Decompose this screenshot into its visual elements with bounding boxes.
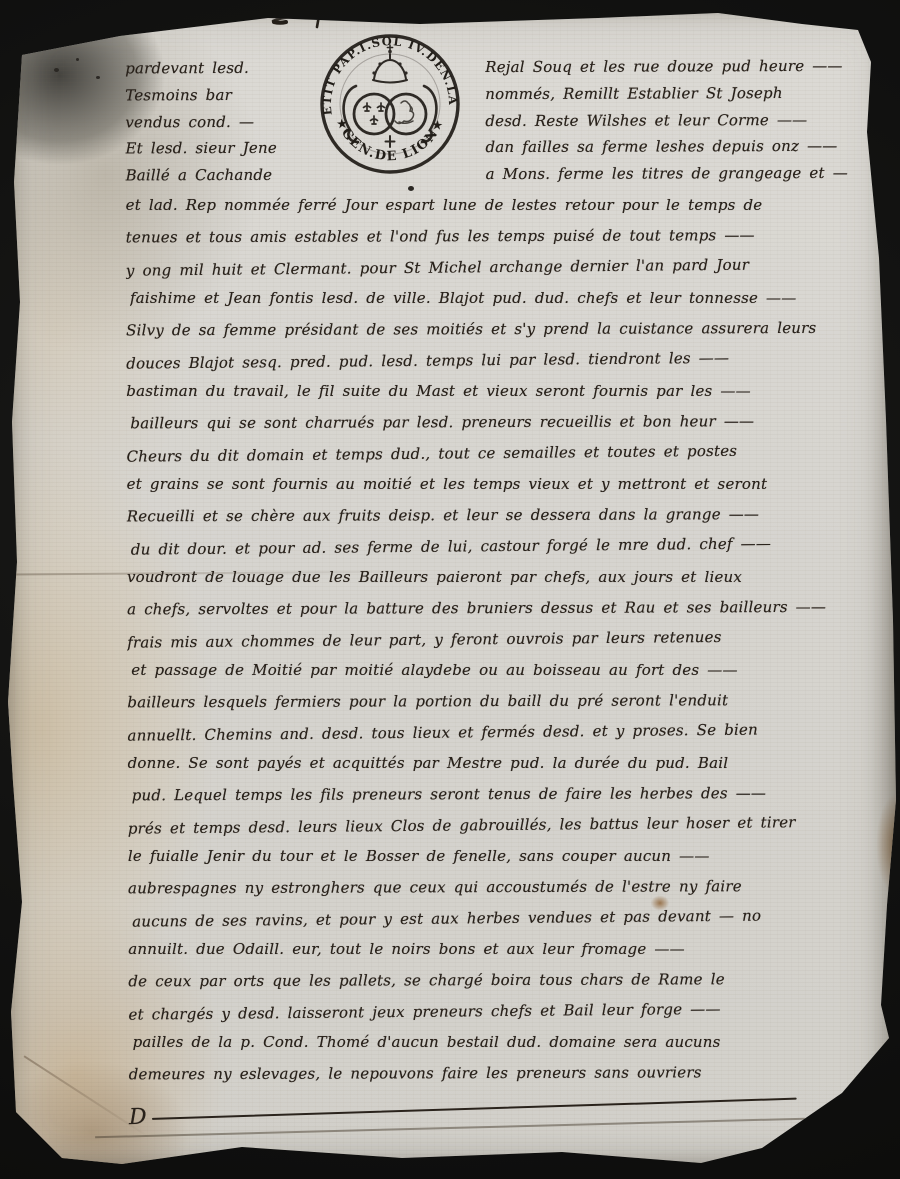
photo-background: + <box>0 0 900 1179</box>
line-left-fragment: Baillé a Cachande <box>126 162 302 189</box>
manuscript-line: Tesmoins bar nommés, Remillt Establier S… <box>125 79 877 108</box>
ink-speck <box>96 76 100 79</box>
manuscript-line: pud. Lequel temps les fils preneurs sero… <box>132 778 880 812</box>
paper-edge-shadow <box>880 28 900 168</box>
manuscript-line: Cheurs du dit domain et temps dud., tout… <box>126 434 878 472</box>
manuscript-line: le fuialle Jenir du tour et le Bosser de… <box>128 841 880 872</box>
body-lines: et lad. Rep nommée ferré Jour espart lun… <box>126 189 881 1091</box>
manuscript-line: Recueilli et se chère aux fruits deisp. … <box>127 499 879 533</box>
manuscript-line: pailles de la p. Cond. Thomé d'aucun bes… <box>133 1027 881 1058</box>
manuscript-line: Et lesd. sieur Jene dan failles sa ferme… <box>125 133 877 162</box>
manuscript-line: prés et temps desd. leurs lieux Clos de … <box>128 806 880 844</box>
manuscript-line: Silvy de sa femme présidant de ses moiti… <box>126 313 878 347</box>
ink-speck <box>54 68 59 72</box>
manuscript-line: vendus cond. — desd. Reste Wilshes et le… <box>125 106 877 135</box>
flourish-rule <box>152 1098 797 1120</box>
paper-sheet: + <box>0 0 900 1179</box>
manuscript-line: et chargés y desd. laisseront jeux prene… <box>128 992 880 1030</box>
manuscript-line: aucuns de ses ravins, et pour y est aux … <box>132 899 880 937</box>
line-right-fragment: a Mons. ferme les titres de grangeage et… <box>486 160 878 188</box>
opening-lines: pardevant lesd. Rejal Souq et les rue do… <box>125 53 877 190</box>
manuscript-line: annuilt. due Odaill. eur, tout le noirs … <box>128 934 880 965</box>
manuscript-line: Baillé a Cachande a Mons. ferme les titr… <box>126 160 878 189</box>
manuscript-text: pardevant lesd. Rejal Souq et les rue do… <box>125 53 881 1127</box>
line-left-fragment: vendus cond. — <box>125 108 301 135</box>
manuscript-line: a chefs, servoltes et pour la batture de… <box>127 592 879 626</box>
manuscript-line: donne. Se sont payés et acquittés par Me… <box>128 748 880 779</box>
manuscript-line: pardevant lesd. Rejal Souq et les rue do… <box>125 53 877 82</box>
line-left-fragment: Et lesd. sieur Jene <box>125 135 301 162</box>
manuscript-line: faishime et Jean fontis lesd. de ville. … <box>130 283 878 314</box>
manuscript-line: bailleurs lesquels fermiers pour la port… <box>127 685 879 719</box>
manuscript-line: et lad. Rep nommée ferré Jour espart lun… <box>126 190 878 221</box>
manuscript-line: y ong mil huit et Clermant. pour St Mich… <box>126 248 878 286</box>
line-left-fragment: pardevant lesd. <box>125 55 301 82</box>
manuscript-line: aubrespagnes ny estronghers que ceux qui… <box>128 871 880 905</box>
line-right-fragment: desd. Reste Wilshes et leur Corme —— <box>485 106 877 134</box>
closing-initial: D <box>129 1104 147 1129</box>
manuscript-line: bailleurs qui se sont charrués par lesd.… <box>130 406 878 440</box>
manuscript-line: de ceux par orts que les pallets, se cha… <box>128 964 880 998</box>
line-right-fragment: nommés, Remillt Establier St Joseph <box>485 79 877 107</box>
line-right-fragment: dan failles sa ferme leshes depuis onz —… <box>485 133 877 161</box>
line-right-fragment: Rejal Souq et les rue douze pud heure —— <box>485 53 877 81</box>
manuscript-line: annuellt. Chemins and. desd. tous lieux … <box>127 713 879 751</box>
manuscript-line: frais mis aux chommes de leur part, y fe… <box>127 620 879 658</box>
manuscript-line: et grains se sont fournis au moitié et l… <box>127 469 879 500</box>
manuscript-line: voudront de louage due les Bailleurs pai… <box>127 562 879 593</box>
manuscript-line: douces Blajot sesq. pred. pud. lesd. tem… <box>126 341 878 379</box>
manuscript-line: du dit dour. et pour ad. ses ferme de lu… <box>131 527 879 565</box>
manuscript-line: et passage de Moitié par moitié alaydebe… <box>131 655 879 686</box>
manuscript-line: bastiman du travail, le fil suite du Mas… <box>126 376 878 407</box>
manuscript-line: tenues et tous amis estables et l'ond fu… <box>126 220 878 254</box>
line-left-fragment: Tesmoins bar <box>125 81 301 108</box>
ink-speck <box>76 58 79 61</box>
